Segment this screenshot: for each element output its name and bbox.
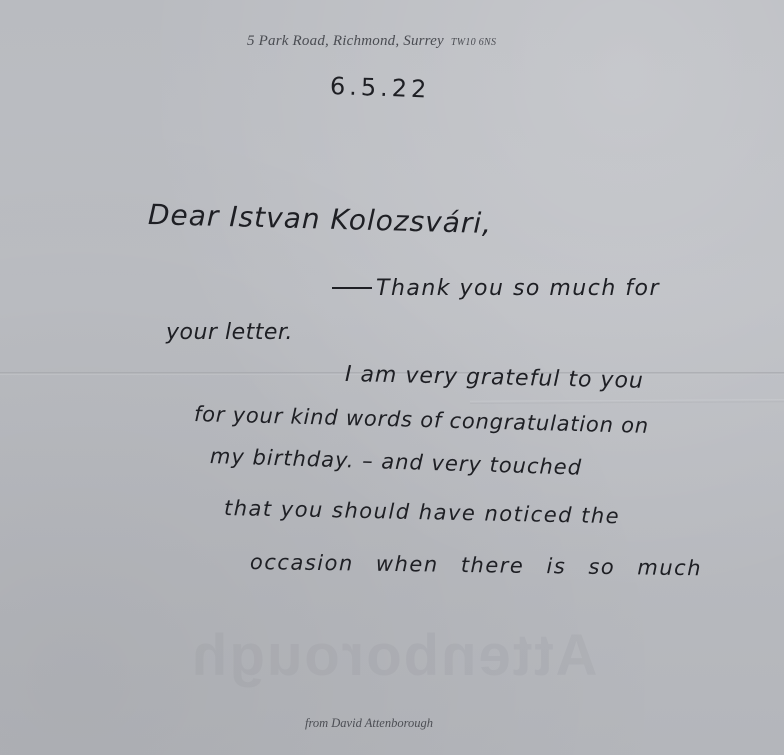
show-through-text: Attenborough (190, 622, 597, 689)
letter-line-1: Thank you so much for (332, 276, 660, 301)
letter-footer-sender: from David Attenborough (305, 716, 433, 731)
letter-line-4: for your kind words of congratulation on (194, 402, 650, 438)
letter-paper: 5 Park Road, Richmond, Surrey TW10 6NS 6… (0, 0, 784, 755)
letter-line-3: I am very grateful to you (345, 362, 644, 394)
letter-line-5: my birthday. – and very touched (210, 444, 583, 480)
letterhead-postcode: TW10 6NS (451, 37, 496, 48)
letter-line-7: occasion when there is so much (250, 550, 702, 580)
letter-line-2: your letter. (166, 320, 293, 345)
letter-line-6: that you should have noticed the (224, 496, 621, 528)
letter-date: 6.5.22 (330, 72, 431, 103)
letterhead-address: 5 Park Road, Richmond, Surrey TW10 6NS (247, 33, 496, 50)
letter-line-1-text: Thank you so much for (376, 276, 660, 301)
paper-crease (470, 399, 784, 404)
letter-salutation: Dear Istvan Kolozsvári, (148, 198, 493, 240)
letterhead-street: 5 Park Road, Richmond, Surrey (247, 33, 444, 49)
